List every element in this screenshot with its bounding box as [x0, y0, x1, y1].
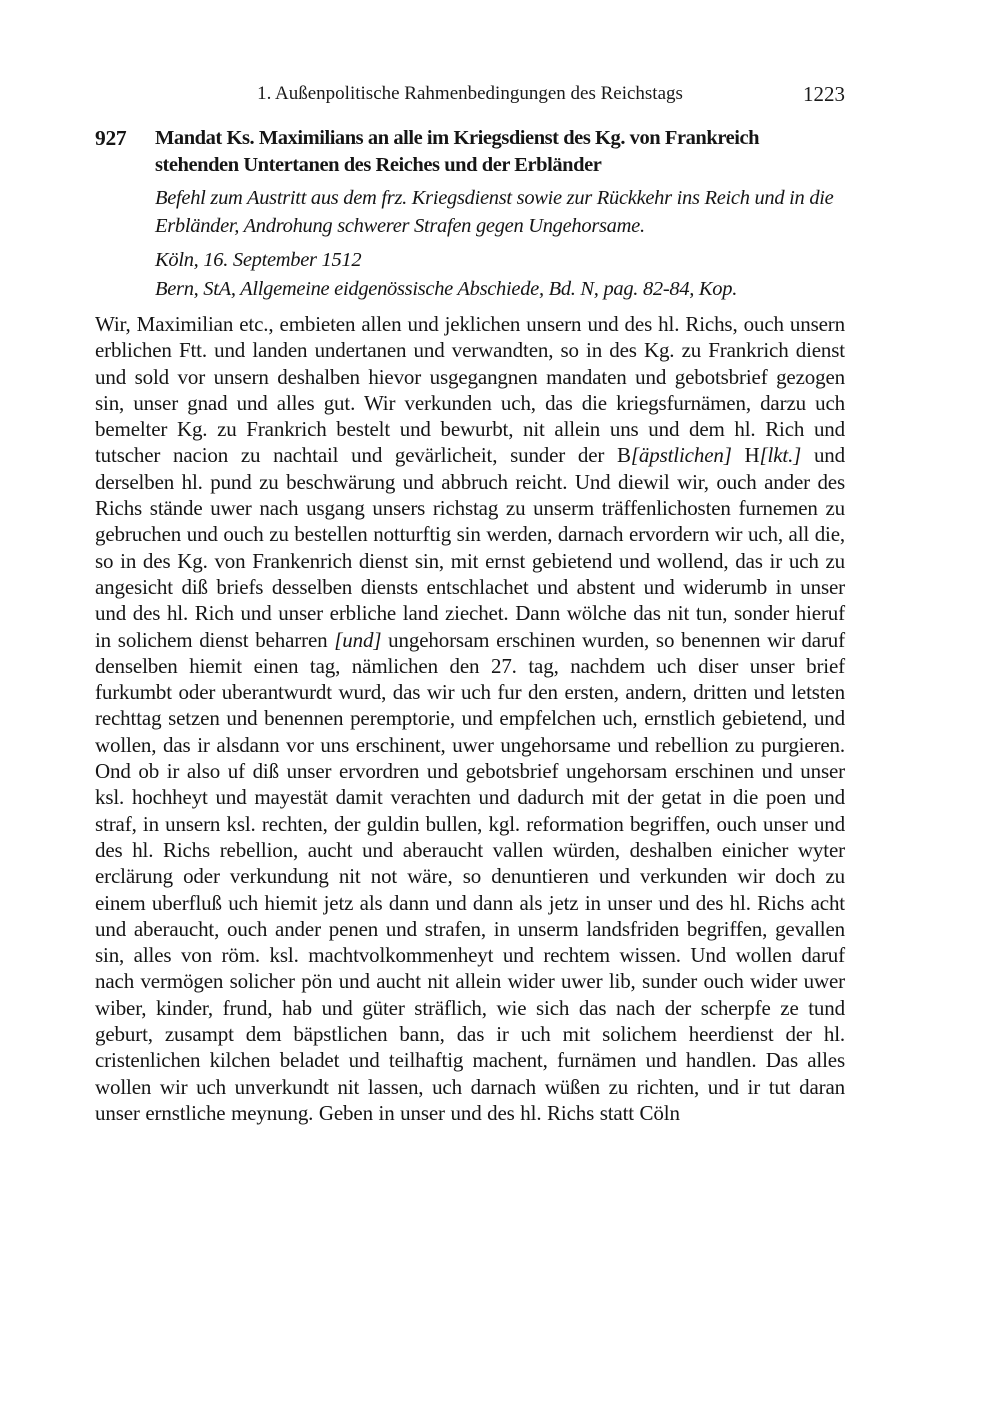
entry-summary: Befehl zum Austritt aus dem frz. Kriegsd…	[155, 185, 845, 240]
text-column: 1. Außenpolitische Rahmenbedingungen des…	[95, 0, 845, 1418]
entry-heading: 927 Mandat Ks. Maximilians an alle im Kr…	[95, 125, 845, 179]
running-head-title: 1. Außenpolitische Rahmenbedingungen des…	[95, 82, 845, 106]
entry-dateline: Köln, 16. September 1512	[155, 247, 845, 274]
entry-title: Mandat Ks. Maximilians an alle im Kriegs…	[155, 125, 845, 179]
entry-number: 927	[95, 125, 155, 152]
book-page: 1. Außenpolitische Rahmenbedingungen des…	[0, 0, 1004, 1418]
entry-source-citation: Bern, StA, Allgemeine eidgenössische Abs…	[155, 276, 845, 303]
page-number: 1223	[803, 82, 845, 106]
entry-body-text: Wir, Maximilian etc., embieten allen und…	[95, 311, 845, 1126]
running-head: 1. Außenpolitische Rahmenbedingungen des…	[95, 82, 845, 106]
